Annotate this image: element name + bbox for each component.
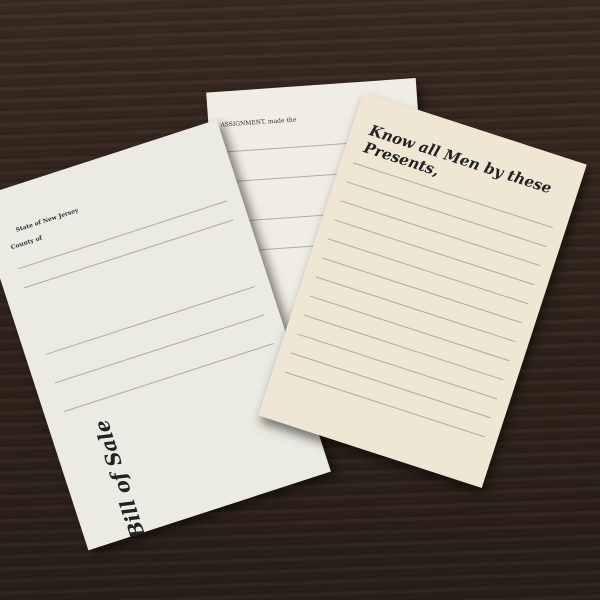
county-line: County of [10,235,43,252]
state-header: State of New Jersey [15,207,79,234]
bill-of-sale-title: Bill of Sale [89,417,150,542]
assignment-header: ASSIGNMENT, made the [220,116,296,128]
